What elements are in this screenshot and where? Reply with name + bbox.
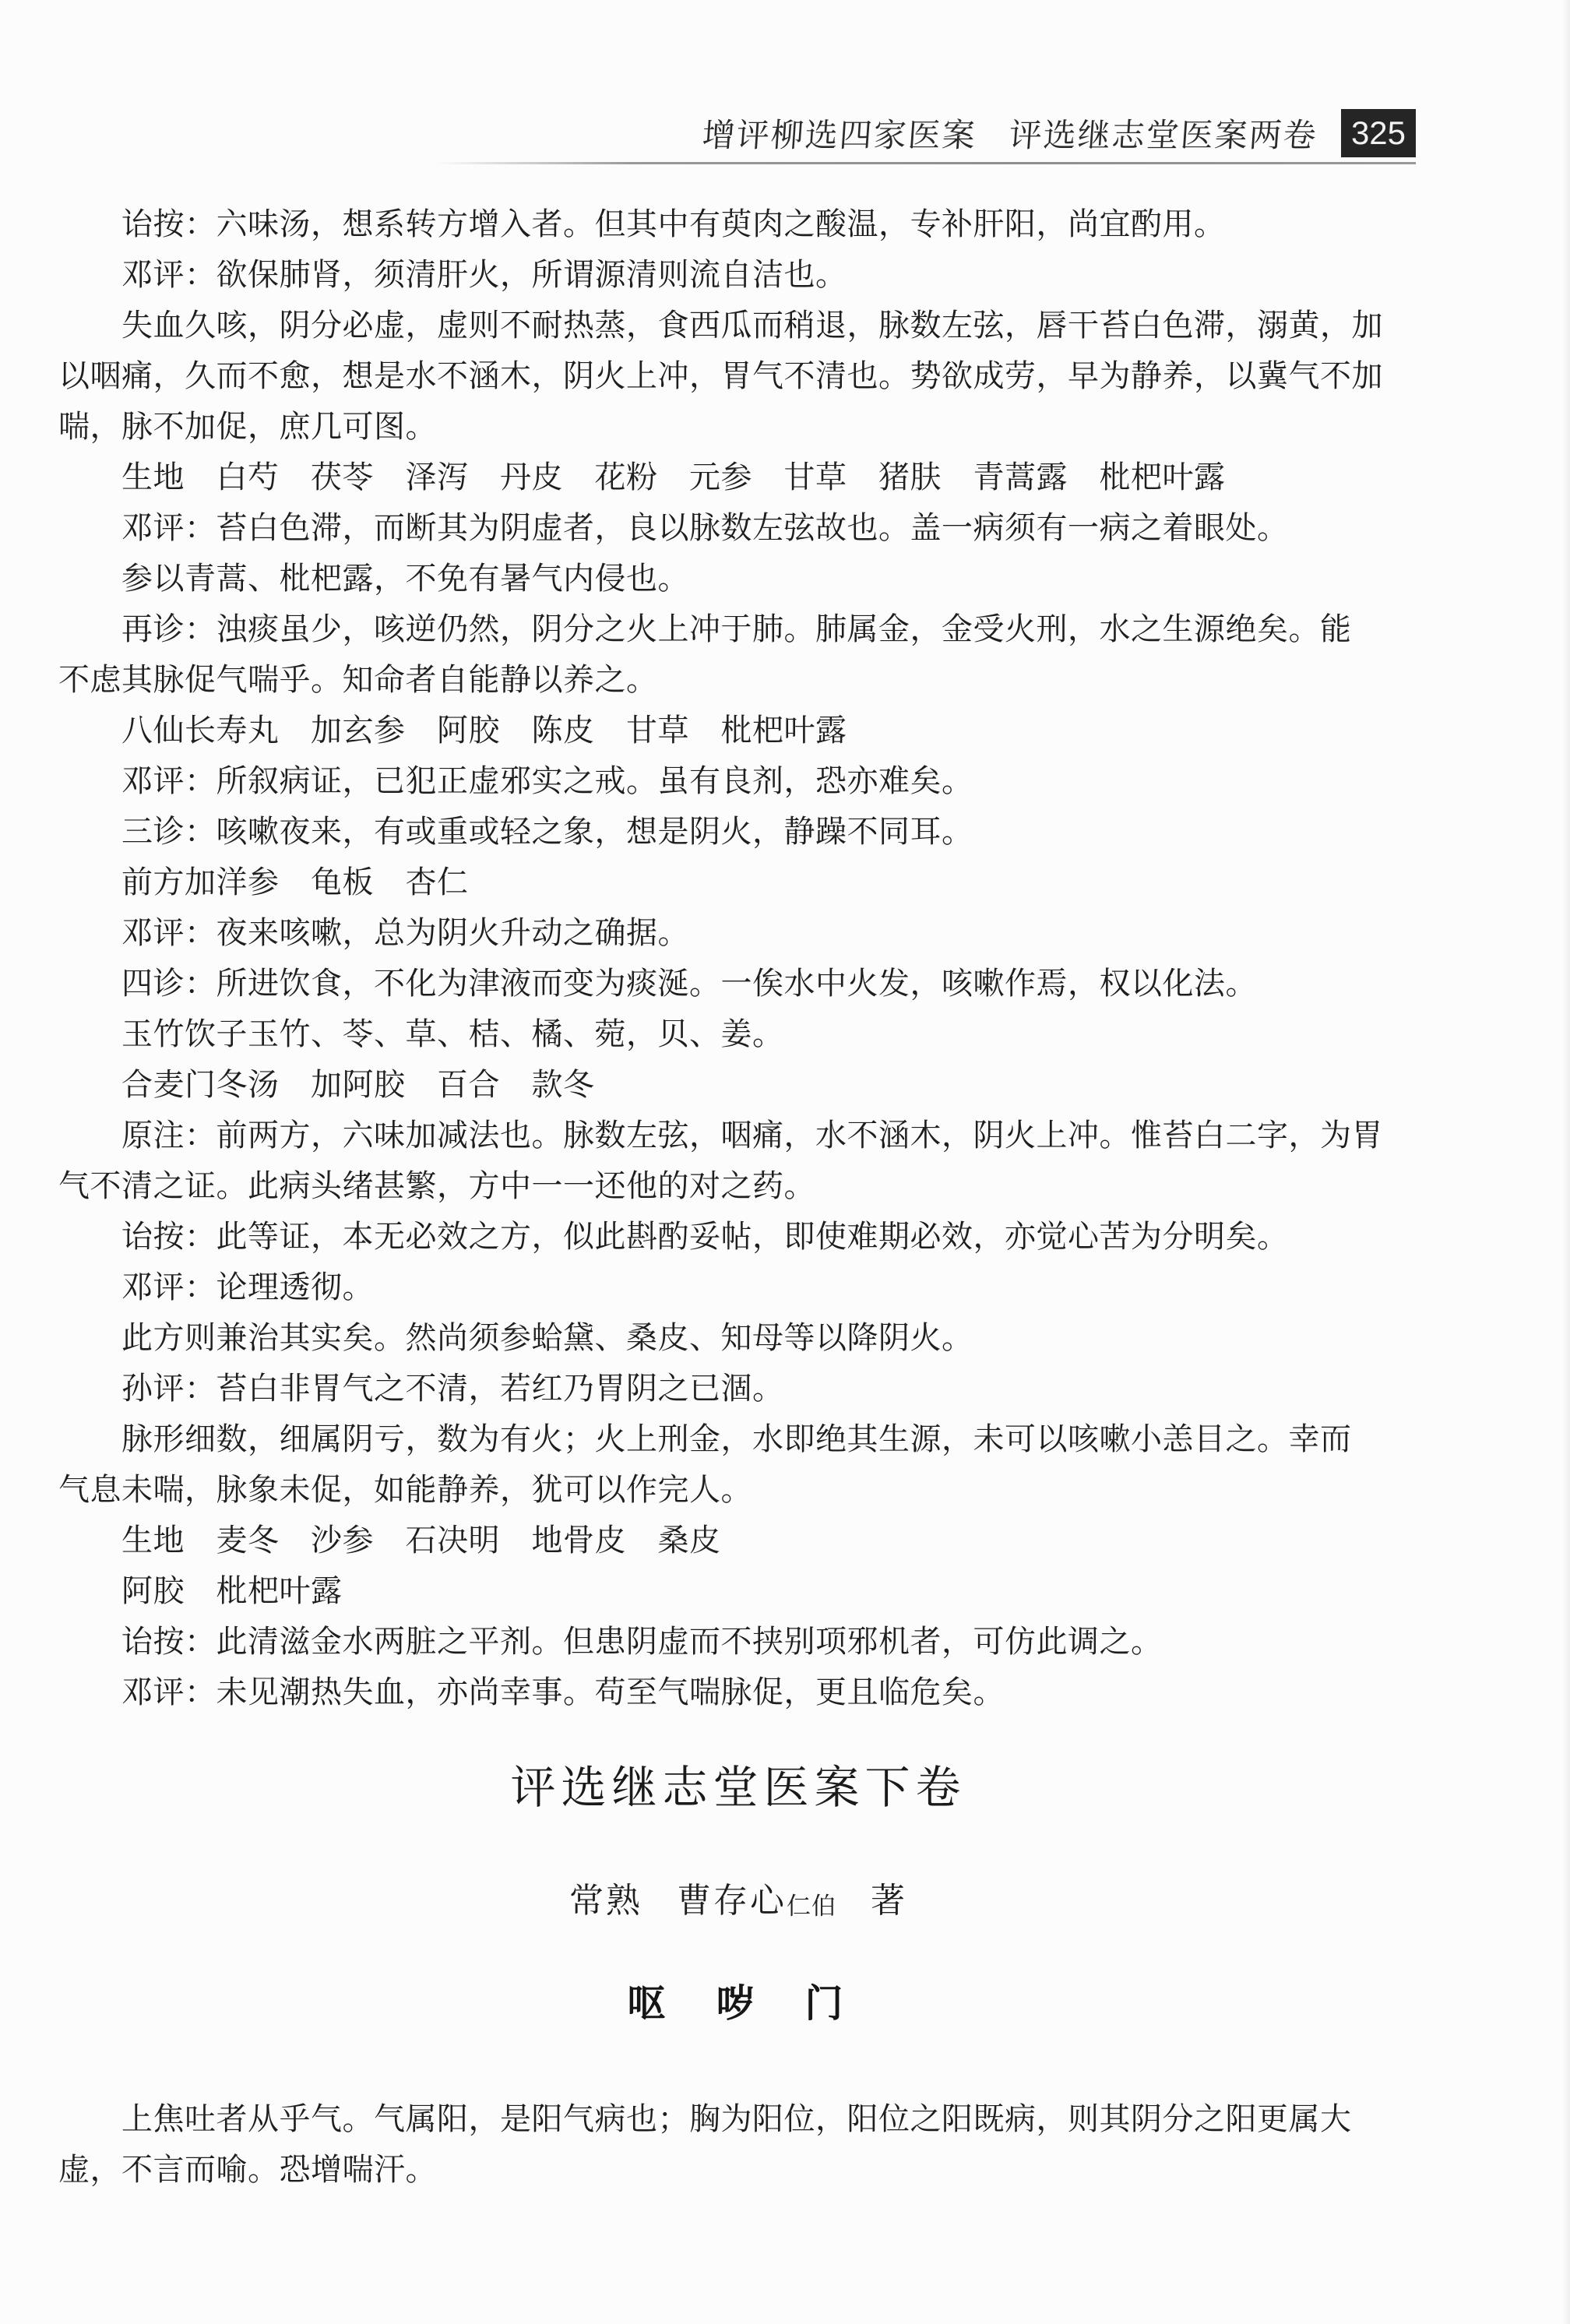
case-line: 喘，脉不加促，庶几可图。	[58, 401, 1418, 452]
byline-courtesy-name: 仁伯	[787, 1893, 836, 1920]
case-line-prescription: 八仙长寿丸 加玄参 阿胶 陈皮 甘草 枇杷叶露	[58, 705, 1418, 755]
volume-title: 评选继志堂医案下卷	[58, 1751, 1418, 1816]
running-title-left: 增评柳选四家医案	[701, 110, 978, 157]
case-line: 诒按：此等证，本无必效之方，似此斟酌妥帖，即使难期必效，亦觉心苦为分明矣。	[58, 1211, 1418, 1262]
case-line: 诒按：此清滋金水两脏之平剂。但患阴虚而不挟别项邪机者，可仿此调之。	[58, 1616, 1418, 1667]
case-line: 以咽痛，久而不愈，想是水不涵木，阴火上冲，胃气不清也。势欲成劳，早为静养，以冀气…	[58, 350, 1418, 401]
case-line: 三诊：咳嗽夜来，有或重或轻之象，想是阴火，静躁不同耳。	[58, 806, 1418, 857]
byline: 常熟曹存心仁伯著	[58, 1872, 1418, 1922]
case-line: 失血久咳，阴分必虚，虚则不耐热蒸，食西瓜而稍退，脉数左弦，唇干苔白色滞，溺黄，加	[58, 300, 1418, 350]
byline-place: 常熟	[569, 1882, 642, 1920]
case-line: 参以青蒿、枇杷露，不免有暑气内侵也。	[58, 553, 1418, 604]
case-line: 再诊：浊痰虽少，咳逆仍然，阴分之火上冲于肺。肺属金，金受火刑，水之生源绝矣。能	[58, 604, 1418, 654]
case-line: 四诊：所进饮食，不化为津液而变为痰涎。一俟水中火发，咳嗽作焉，权以化法。	[58, 958, 1418, 1009]
case-text-column: 诒按：六味汤，想系转方增入者。但其中有萸肉之酸温，专补肝阳，尚宜酌用。 邓评：欲…	[58, 199, 1418, 1717]
byline-name: 曹存心	[677, 1882, 787, 1920]
case-line-prescription: 生地 白芍 茯苓 泽泻 丹皮 花粉 元参 甘草 猪肤 青蒿露 枇杷叶露	[58, 452, 1418, 502]
running-title-right: 评选继志堂医案两卷	[1008, 110, 1319, 157]
case-line-prescription: 合麦门冬汤 加阿胶 百合 款冬	[58, 1059, 1418, 1110]
chapter-title: 呕 哕 门	[58, 1974, 1418, 2028]
case-line: 邓评：苔白色滞，而断其为阴虚者，良以脉数左弦故也。盖一病须有一病之着眼处。	[58, 502, 1418, 553]
scan-edge-shadow	[1562, 0, 1570, 2324]
case-line: 不虑其脉促气喘乎。知命者自能静以养之。	[58, 654, 1418, 705]
header-rule	[436, 162, 1416, 164]
case-line-prescription: 生地 麦冬 沙参 石决明 地骨皮 桑皮	[58, 1515, 1418, 1565]
case-line: 脉形细数，细属阴亏，数为有火；火上刑金，水即绝其生源，未可以咳嗽小恙目之。幸而	[58, 1414, 1418, 1464]
case-line: 邓评：所叙病证，已犯正虚邪实之戒。虽有良剂，恐亦难矣。	[58, 755, 1418, 806]
case-line: 气不清之证。此病头绪甚繁，方中一一还他的对之药。	[58, 1160, 1418, 1211]
page-number-badge: 325	[1341, 109, 1416, 157]
case-line: 邓评：论理透彻。	[58, 1262, 1418, 1312]
case-line: 邓评：欲保肺肾，须清肝火，所谓源清则流自洁也。	[58, 249, 1418, 300]
case-line: 孙评：苔白非胃气之不清，若红乃胃阴之已涸。	[58, 1363, 1418, 1414]
case-line: 邓评：夜来咳嗽，总为阴火升动之确据。	[58, 907, 1418, 958]
case-line-prescription: 前方加洋参 龟板 杏仁	[58, 857, 1418, 907]
case-line: 邓评：未见潮热失血，亦尚幸事。苟至气喘脉促，更且临危矣。	[58, 1667, 1418, 1717]
case-line: 此方则兼治其实矣。然尚须参蛤黛、桑皮、知母等以降阴火。	[58, 1312, 1418, 1363]
case-line: 诒按：六味汤，想系转方增入者。但其中有萸肉之酸温，专补肝阳，尚宜酌用。	[58, 199, 1418, 249]
scanned-book-page: 增评柳选四家医案 评选继志堂医案两卷 325 诒按：六味汤，想系转方增入者。但其…	[0, 0, 1570, 2324]
intro-line: 上焦吐者从乎气。气属阳，是阳气病也；胸为阳位，阳位之阳既病，则其阴分之阳更属大	[58, 2093, 1418, 2144]
intro-line: 虚，不言而喻。恐增喘汗。	[58, 2144, 1418, 2195]
running-head: 增评柳选四家医案 评选继志堂医案两卷 325	[0, 109, 1416, 157]
case-line: 气息未喘，脉象未促，如能静养，犹可以作完人。	[58, 1464, 1418, 1515]
case-line: 原注：前两方，六味加减法也。脉数左弦，咽痛，水不涵木，阴火上冲。惟苔白二字，为胃	[58, 1110, 1418, 1160]
case-line-prescription: 玉竹饮子玉竹、苓、草、桔、橘、菀，贝、姜。	[58, 1009, 1418, 1059]
chapter-intro: 上焦吐者从乎气。气属阳，是阳气病也；胸为阳位，阳位之阳既病，则其阴分之阳更属大 …	[58, 2093, 1418, 2195]
byline-role: 著	[871, 1882, 907, 1920]
case-line-prescription: 阿胶 枇杷叶露	[58, 1565, 1418, 1616]
